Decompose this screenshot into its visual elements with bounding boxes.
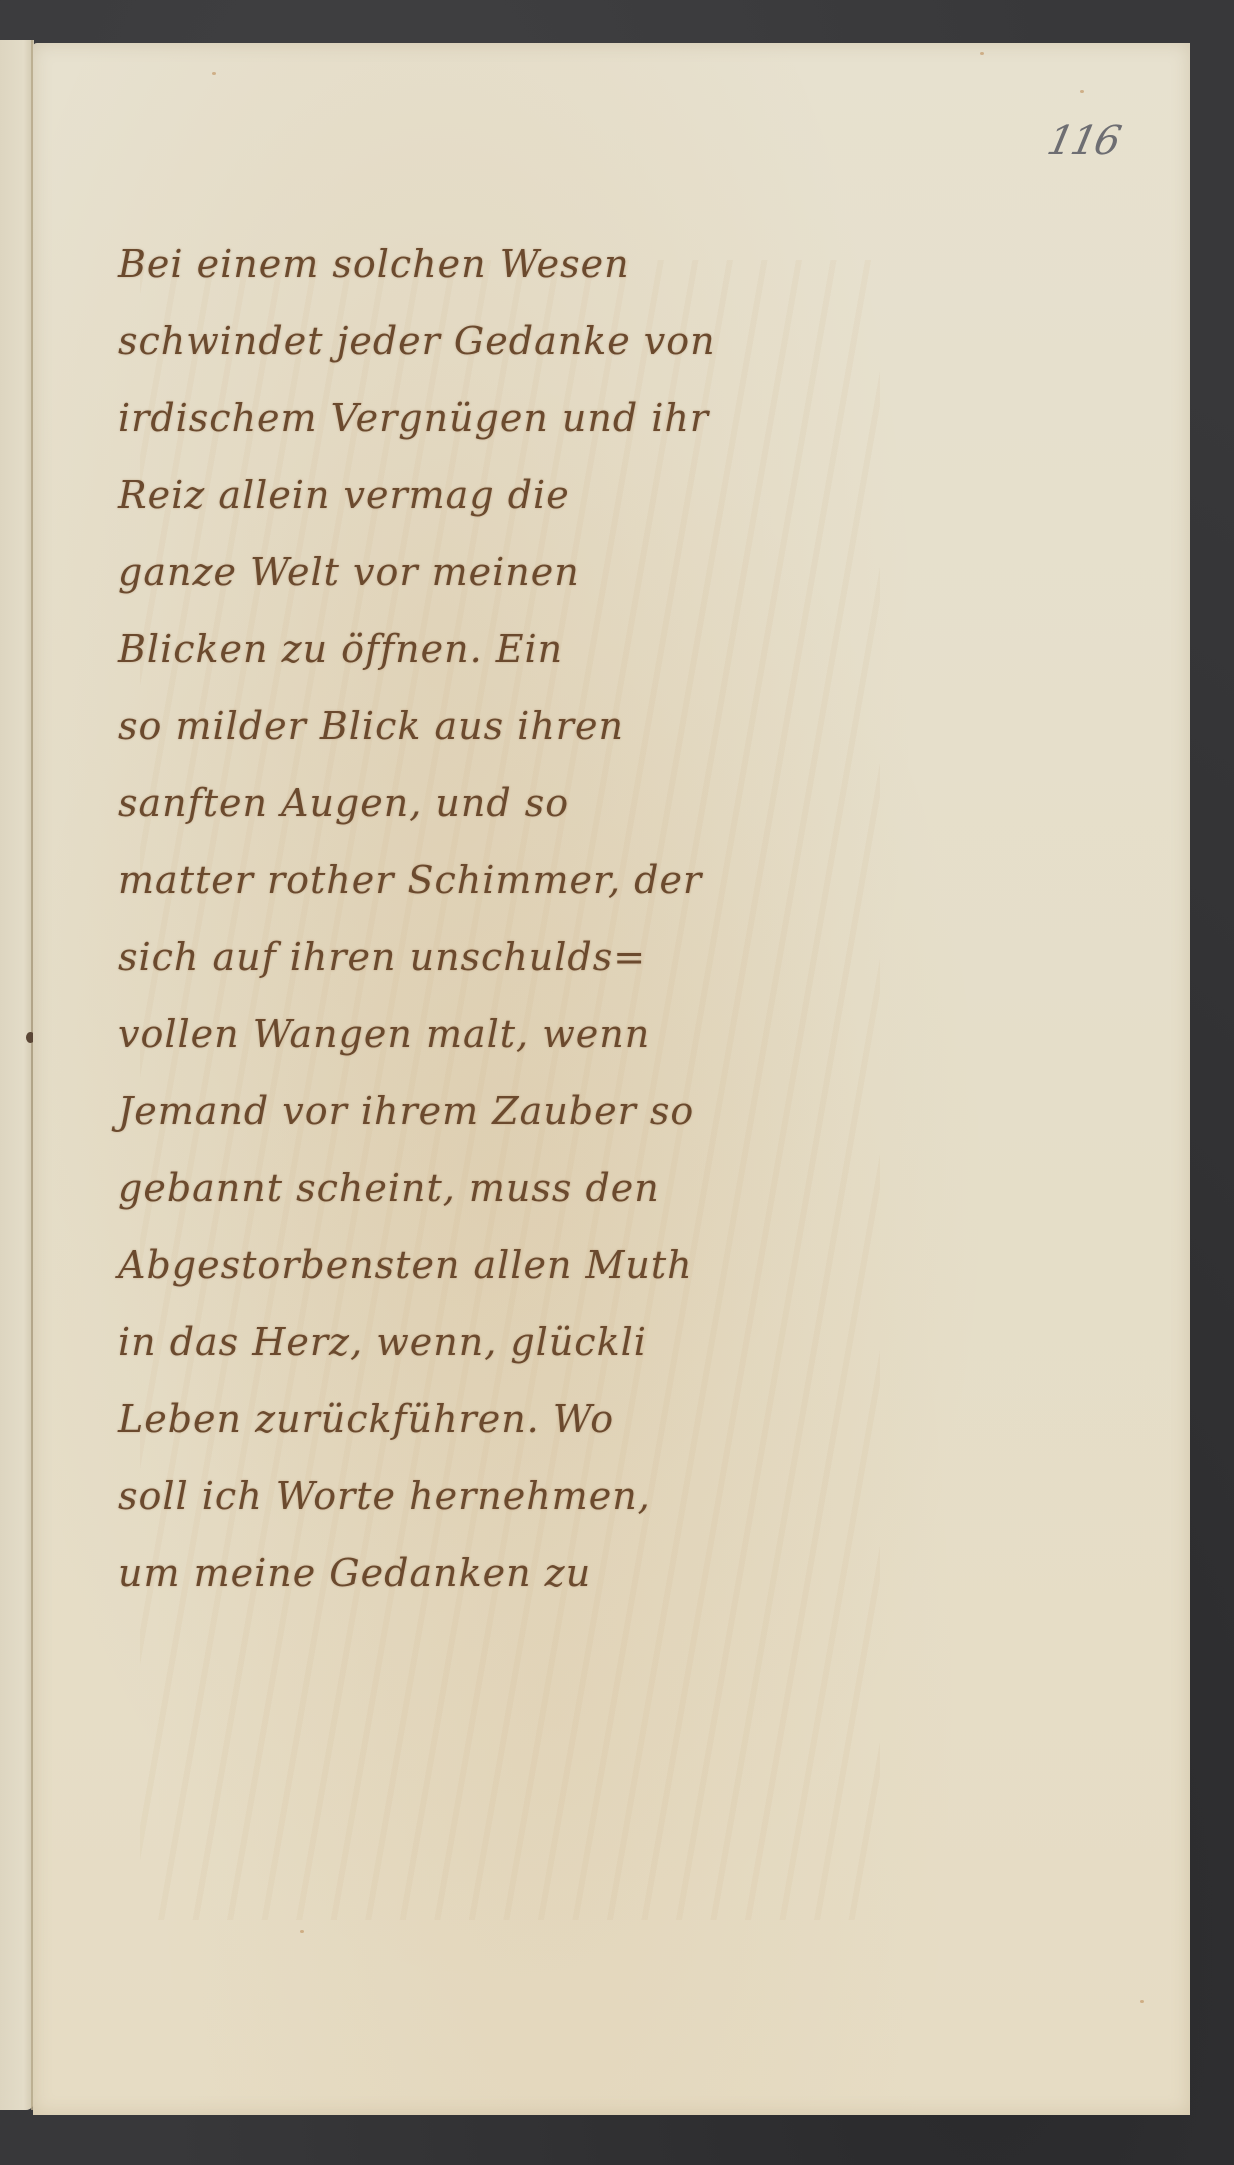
text-line: matter rother Schimmer, der — [118, 842, 918, 919]
text-line: Jemand vor ihrem Zauber so — [118, 1073, 918, 1150]
text-line: Bei einem solchen Wesen — [118, 226, 918, 303]
previous-page-edge — [0, 40, 34, 2110]
paper-speck — [1080, 90, 1084, 93]
text-line: sich auf ihren unschulds= — [118, 919, 918, 996]
text-line: irdischem Vergnügen und ihr — [118, 380, 918, 457]
text-line: schwindet jeder Gedanke von — [118, 303, 918, 380]
paper-speck — [1140, 2000, 1144, 2003]
paper-speck — [980, 52, 984, 55]
handwritten-text: Bei einem solchen Wesen schwindet jeder … — [118, 226, 918, 1612]
text-line: Blicken zu öffnen. Ein — [118, 611, 918, 688]
text-line: um meine Gedanken zu — [118, 1535, 918, 1612]
text-line: Reiz allein vermag die — [118, 457, 918, 534]
paper-speck — [300, 1930, 304, 1933]
text-line: soll ich Worte hernehmen, — [118, 1458, 918, 1535]
text-line: vollen Wangen malt, wenn — [118, 996, 918, 1073]
text-line: ganze Welt vor meinen — [118, 534, 918, 611]
text-line: in das Herz, wenn, glückli — [118, 1304, 918, 1381]
text-line: Abgestorbensten allen Muth — [118, 1227, 918, 1304]
text-line: Leben zurückführen. Wo — [118, 1381, 918, 1458]
text-line: gebannt scheint, muss den — [118, 1150, 918, 1227]
page-number: 116 — [1043, 118, 1123, 164]
text-line: sanften Augen, und so — [118, 765, 918, 842]
text-line: so milder Blick aus ihren — [118, 688, 918, 765]
paper-speck — [212, 72, 216, 75]
